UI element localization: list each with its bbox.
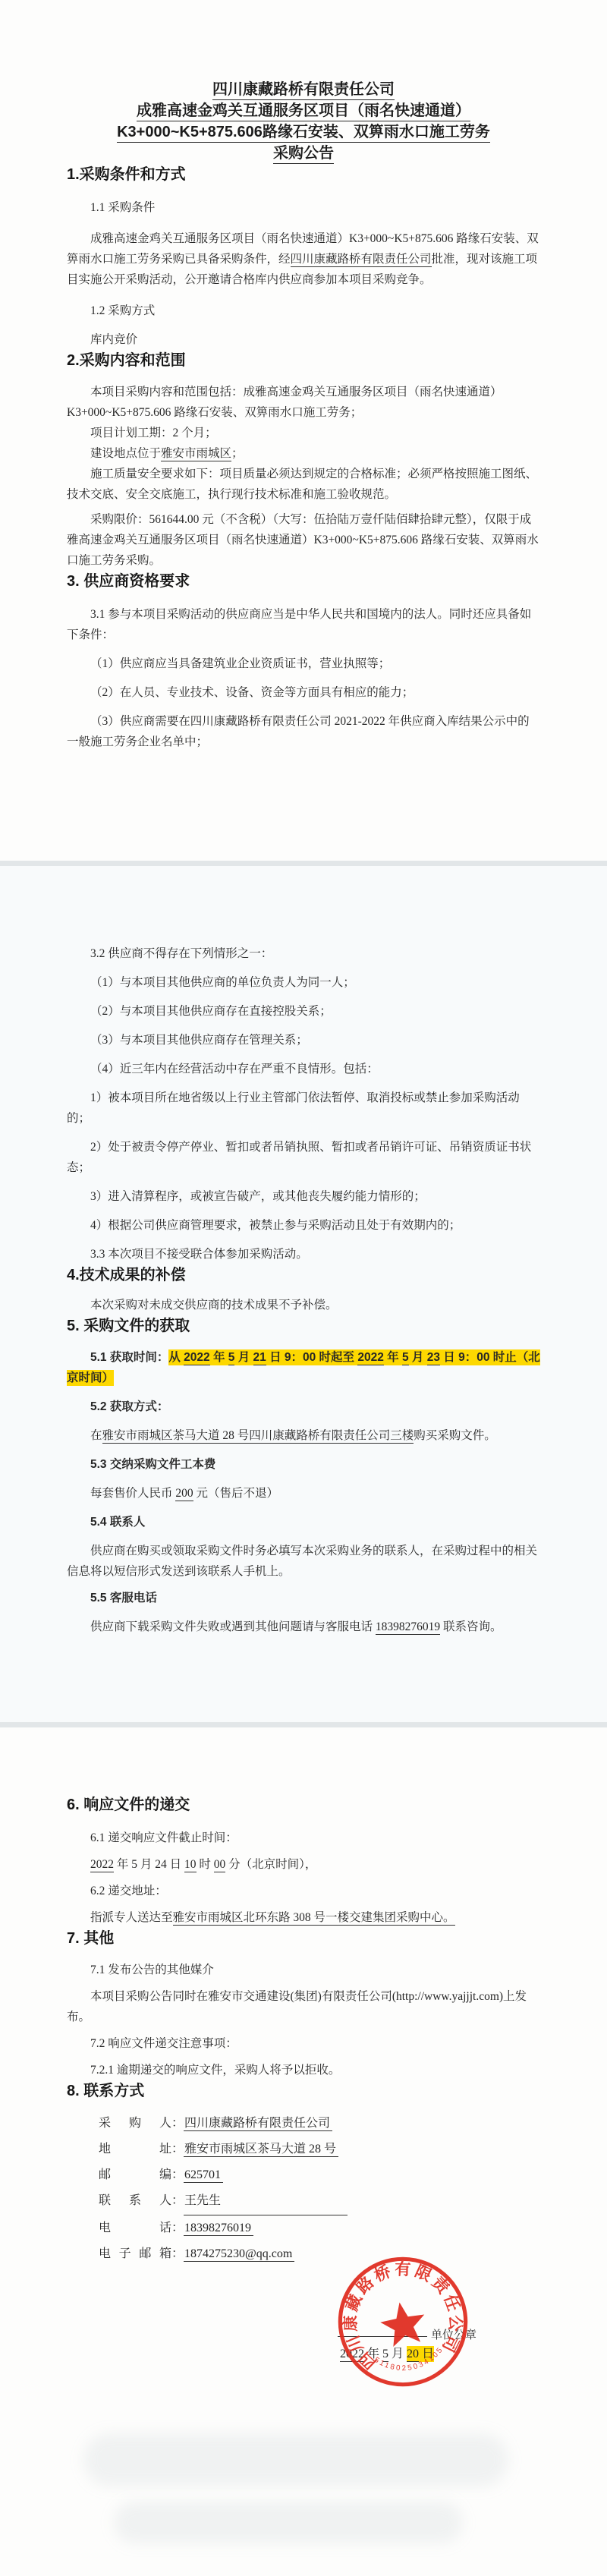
text-segment: 从 — [168, 1351, 184, 1364]
service-phone-note: 供应商下载采购文件失败或遇到其他问题请与客服电话 18398276019 联系咨… — [67, 1617, 540, 1637]
procurement-method: 库内竞价 — [67, 329, 540, 350]
address-value: 雅安市雨城区茶马大道 28 号 — [184, 2143, 338, 2157]
condition-2: （2）在人员、专业技术、设备、资金等方面具有相应的能力； — [67, 682, 540, 703]
quality-requirements: 施工质量安全要求如下：项目质量必须达到规定的合格标准；必须严格按照施工图纸、技术… — [67, 464, 540, 505]
section4-heading: 4.技术成果的补偿 — [67, 1264, 540, 1286]
case-4: （4）近三年内在经营活动中存在严重不良情形。包括： — [67, 1059, 540, 1079]
contact-row-email: 电子邮箱：1874275230@qq.com — [99, 2241, 540, 2267]
title-project-text: 成雅高速金鸡关互通服务区项目（雨名快速通道） — [137, 102, 470, 121]
clause-3-2: 3.2 供应商不得存在下列情形之一： — [67, 943, 540, 964]
title-announcement-text: 采购公告 — [273, 145, 334, 164]
text-segment: 年 — [210, 1351, 228, 1364]
bleed-through-artifact — [114, 2502, 463, 2543]
price-limit: 采购限价：561644.00 元（不含税）（大写：伍拾陆万壹仟陆佰肆拾肆元整），… — [67, 509, 540, 571]
text-segment: 分（北京时间）， — [225, 1858, 316, 1871]
submission-address-underlined: 雅安市雨城区北环东路 308 号一楼交建集团采购中心。 — [173, 1911, 455, 1926]
company-seal-stamp: 四川康藏路桥有限责任公司 5118025034105 — [321, 2240, 484, 2403]
contact-label: 地址 — [99, 2137, 171, 2162]
text-segment: 指派专人送达至 — [90, 1911, 173, 1924]
document-title: 四川康藏路桥有限责任公司 成雅高速金鸡关互通服务区项目（雨名快速通道） K3+0… — [67, 79, 540, 164]
title-line-type: 采购公告 — [67, 143, 540, 164]
bleed-through-artifact — [83, 2433, 508, 2486]
section2-heading: 2.采购内容和范围 — [67, 350, 540, 371]
text-segment: 时 — [197, 1858, 214, 1871]
condition-3: （3）供应商需要在四川康藏路桥有限责任公司 2021-2022 年供应商入库结果… — [67, 711, 540, 752]
label-colon: ： — [171, 2168, 184, 2181]
section1-paragraph1: 成雅高速金鸡关互通服务区项目（雨名快速通道）K3+000~K5+875.606 … — [67, 228, 540, 290]
contact-label: 采购人 — [99, 2111, 171, 2137]
text-segment: 购买采购文件。 — [414, 1429, 496, 1442]
contact-row-person: 联系人：王先生 — [99, 2188, 540, 2215]
deadline-hour-underlined: 10 — [184, 1858, 197, 1872]
section3-heading: 3. 供应商资格要求 — [67, 571, 540, 592]
clause-3-3: 3.3 本次项目不接受联合体参加采购活动。 — [67, 1244, 540, 1264]
date-month-underlined: 5 — [402, 1351, 409, 1365]
location-underlined: 雅安市雨城区 — [161, 447, 231, 461]
text-segment: 元（售后不退） — [193, 1487, 278, 1500]
deadline-minute-underlined: 00 — [214, 1858, 226, 1872]
purchaser-value: 四川康藏路桥有限责任公司 — [184, 2117, 332, 2131]
company-name-underlined: 四川康藏路桥有限责任公司 — [291, 253, 432, 267]
contact-label: 电子邮箱 — [99, 2241, 171, 2267]
clause-5-5-label: 5.5 客服电话 — [67, 1588, 540, 1608]
text-segment: 月 — [234, 1351, 253, 1364]
section2-scope: 本项目采购内容和范围包括：成雅高速金鸡关互通服务区项目（雨名快速通道）K3+00… — [67, 382, 540, 423]
case-1: （1）与本项目其他供应商的单位负责人为同一人； — [67, 972, 540, 993]
clause-7-1-label: 7.1 发布公告的其他媒介 — [67, 1960, 540, 1980]
section1-heading: 1.采购条件和方式 — [67, 164, 540, 185]
subcase-4: 4）根据公司供应商管理要求，被禁止参与采购活动且处于有效期内的； — [67, 1215, 540, 1236]
submission-deadline: 2022 年 5 月 24 日 10 时 00 分（北京时间）， — [67, 1854, 540, 1875]
clause-7-2-1: 7.2.1 逾期递交的响应文件，采购人将予以拒收。 — [67, 2060, 540, 2080]
page-1: 四川康藏路桥有限责任公司 成雅高速金鸡关互通服务区项目（雨名快速通道） K3+0… — [0, 0, 607, 861]
label-colon: ： — [171, 2247, 184, 2260]
clause-5-1-label: 5.1 获取时间： — [90, 1351, 168, 1364]
label-colon: ： — [171, 2117, 184, 2130]
title-line-project: 成雅高速金鸡关互通服务区项目（雨名快速通道） — [67, 100, 540, 121]
scanned-procurement-announcement: { "doc_title": { "lines": [ "四川康藏路桥有限责任公… — [0, 0, 607, 2576]
acquisition-address: 在雅安市雨城区茶马大道 28 号四川康藏路桥有限责任公司三楼购买采购文件。 — [67, 1425, 540, 1446]
text-segment: 日 9：00 时起至 — [266, 1351, 358, 1364]
page-break-2 — [0, 1722, 607, 1727]
document-fee: 每套售价人民币 200 元（售后不退） — [67, 1483, 540, 1504]
clause-5-4-label: 5.4 联系人 — [67, 1512, 540, 1532]
email-value: 1874275230@qq.com — [184, 2247, 294, 2262]
condition-1: （1）供应商应当具备建筑业企业资质证书，营业执照等； — [67, 653, 540, 674]
text-segment: 每套售价人民币 — [90, 1487, 175, 1500]
page-2: 3.2 供应商不得存在下列情形之一： （1）与本项目其他供应商的单位负责人为同一… — [0, 866, 607, 1722]
text-segment: 联系咨询。 — [440, 1620, 502, 1633]
title-line-company: 四川康藏路桥有限责任公司 — [67, 79, 540, 100]
section1-sub2: 1.2 采购方式 — [67, 301, 540, 321]
deadline-year-underlined: 2022 — [90, 1858, 114, 1872]
section4-paragraph: 本次采购对未成交供应商的技术成果不予补偿。 — [67, 1295, 540, 1315]
fee-amount-underlined: 200 — [175, 1487, 193, 1501]
clause-6-2-label: 6.2 递交地址： — [67, 1881, 540, 1901]
date-day-underlined: 23 — [427, 1351, 440, 1365]
phone-value: 18398276019 — [184, 2222, 253, 2236]
contact-label: 联系人 — [99, 2188, 171, 2214]
other-media-note: 本项目采购公告同时在雅安市交通建设(集团)有限责任公司(http://www.y… — [67, 1986, 540, 2027]
section8-heading: 8. 联系方式 — [67, 2080, 540, 2102]
title-line-scope: K3+000~K5+875.606路缘石安装、双箅雨水口施工劳务 — [67, 121, 540, 143]
supplier-qualification: 3.1 参与本项目采购活动的供应商应当是中华人民共和国境内的法人。同时还应具备如… — [67, 604, 540, 645]
date-year-underlined: 2022 — [184, 1351, 209, 1365]
acquisition-time: 5.1 获取时间：从 2022 年 5 月 21 日 9：00 时起至 2022… — [67, 1347, 540, 1388]
clause-5-3-label: 5.3 交纳采购文件工本费 — [67, 1454, 540, 1475]
text-segment: 建设地点位于 — [90, 447, 161, 460]
case-3: （3）与本项目其他供应商存在管理关系； — [67, 1030, 540, 1050]
seal-star-icon — [378, 2298, 429, 2348]
contact-person-value: 王先生 — [184, 2188, 348, 2215]
title-scope-text: K3+000~K5+875.606路缘石安装、双箅雨水口施工劳务 — [117, 124, 490, 143]
section5-heading: 5. 采购文件的获取 — [67, 1315, 540, 1337]
case-2: （2）与本项目其他供应商存在直接控股关系； — [67, 1001, 540, 1022]
contact-row-postcode: 邮编：625701 — [99, 2162, 540, 2188]
clause-5-2-label: 5.2 获取方式： — [67, 1397, 540, 1417]
section6-heading: 6. 响应文件的递交 — [67, 1794, 540, 1815]
contact-row-purchaser: 采购人：四川康藏路桥有限责任公司 — [99, 2111, 540, 2137]
contact-label: 电话 — [99, 2215, 171, 2241]
text-segment: 在 — [90, 1429, 102, 1442]
section7-heading: 7. 其他 — [67, 1928, 540, 1949]
title-company-text: 四川康藏路桥有限责任公司 — [212, 81, 395, 100]
date-year-underlined: 2022 — [357, 1351, 383, 1365]
submission-address: 指派专人送达至雅安市雨城区北环东路 308 号一楼交建集团采购中心。 — [67, 1907, 540, 1928]
label-colon: ： — [171, 2222, 184, 2234]
label-colon: ： — [171, 2143, 184, 2156]
contact-block: 采购人：四川康藏路桥有限责任公司 地址：雅安市雨城区茶马大道 28 号 邮编：6… — [67, 2111, 540, 2267]
page-break-1 — [0, 861, 607, 866]
service-phone-underlined: 18398276019 — [376, 1620, 440, 1635]
clause-6-1-label: 6.1 递交响应文件截止时间： — [67, 1828, 540, 1848]
postcode-value: 625701 — [184, 2168, 223, 2183]
address-underlined: 雅安市雨城区茶马大道 28 号四川康藏路桥有限责任公司三楼 — [102, 1429, 414, 1444]
project-duration: 项目计划工期：2 个月； — [67, 423, 540, 443]
contact-row-address: 地址：雅安市雨城区茶马大道 28 号 — [99, 2137, 540, 2162]
contact-person-note: 供应商在购买或领取采购文件时务必填写本次采购业务的联系人，在采购过程中的相关信息… — [67, 1541, 540, 1582]
contact-row-phone: 电话：18398276019 — [99, 2215, 540, 2241]
text-segment: 供应商下载采购文件失败或遇到其他问题请与客服电话 — [90, 1620, 376, 1633]
contact-label: 邮编 — [99, 2162, 171, 2188]
text-segment: 年 — [384, 1351, 402, 1364]
project-location: 建设地点位于雅安市雨城区； — [67, 443, 540, 464]
subcase-2: 2）处于被责令停产停业、暂扣或者吊销执照、暂扣或者吊销许可证、吊销资质证书状态； — [67, 1137, 540, 1178]
subcase-1: 1）被本项目所在地省级以上行业主管部门依法暂停、取消投标或禁止参加采购活动的； — [67, 1088, 540, 1129]
label-colon: ： — [171, 2194, 184, 2207]
text-segment: 年 5 月 24 日 — [114, 1858, 184, 1871]
page-3: 6. 响应文件的递交 6.1 递交响应文件截止时间： 2022 年 5 月 24… — [0, 1727, 607, 2576]
subcase-3: 3）进入清算程序，或被宣告破产，或其他丧失履约能力情形的； — [67, 1186, 540, 1207]
text-segment: 月 — [409, 1351, 427, 1364]
clause-7-2-label: 7.2 响应文件递交注意事项： — [67, 2033, 540, 2054]
section1-sub1: 1.1 采购条件 — [67, 197, 540, 218]
date-day-underlined: 21 — [253, 1351, 266, 1365]
text-segment: ； — [231, 447, 244, 460]
